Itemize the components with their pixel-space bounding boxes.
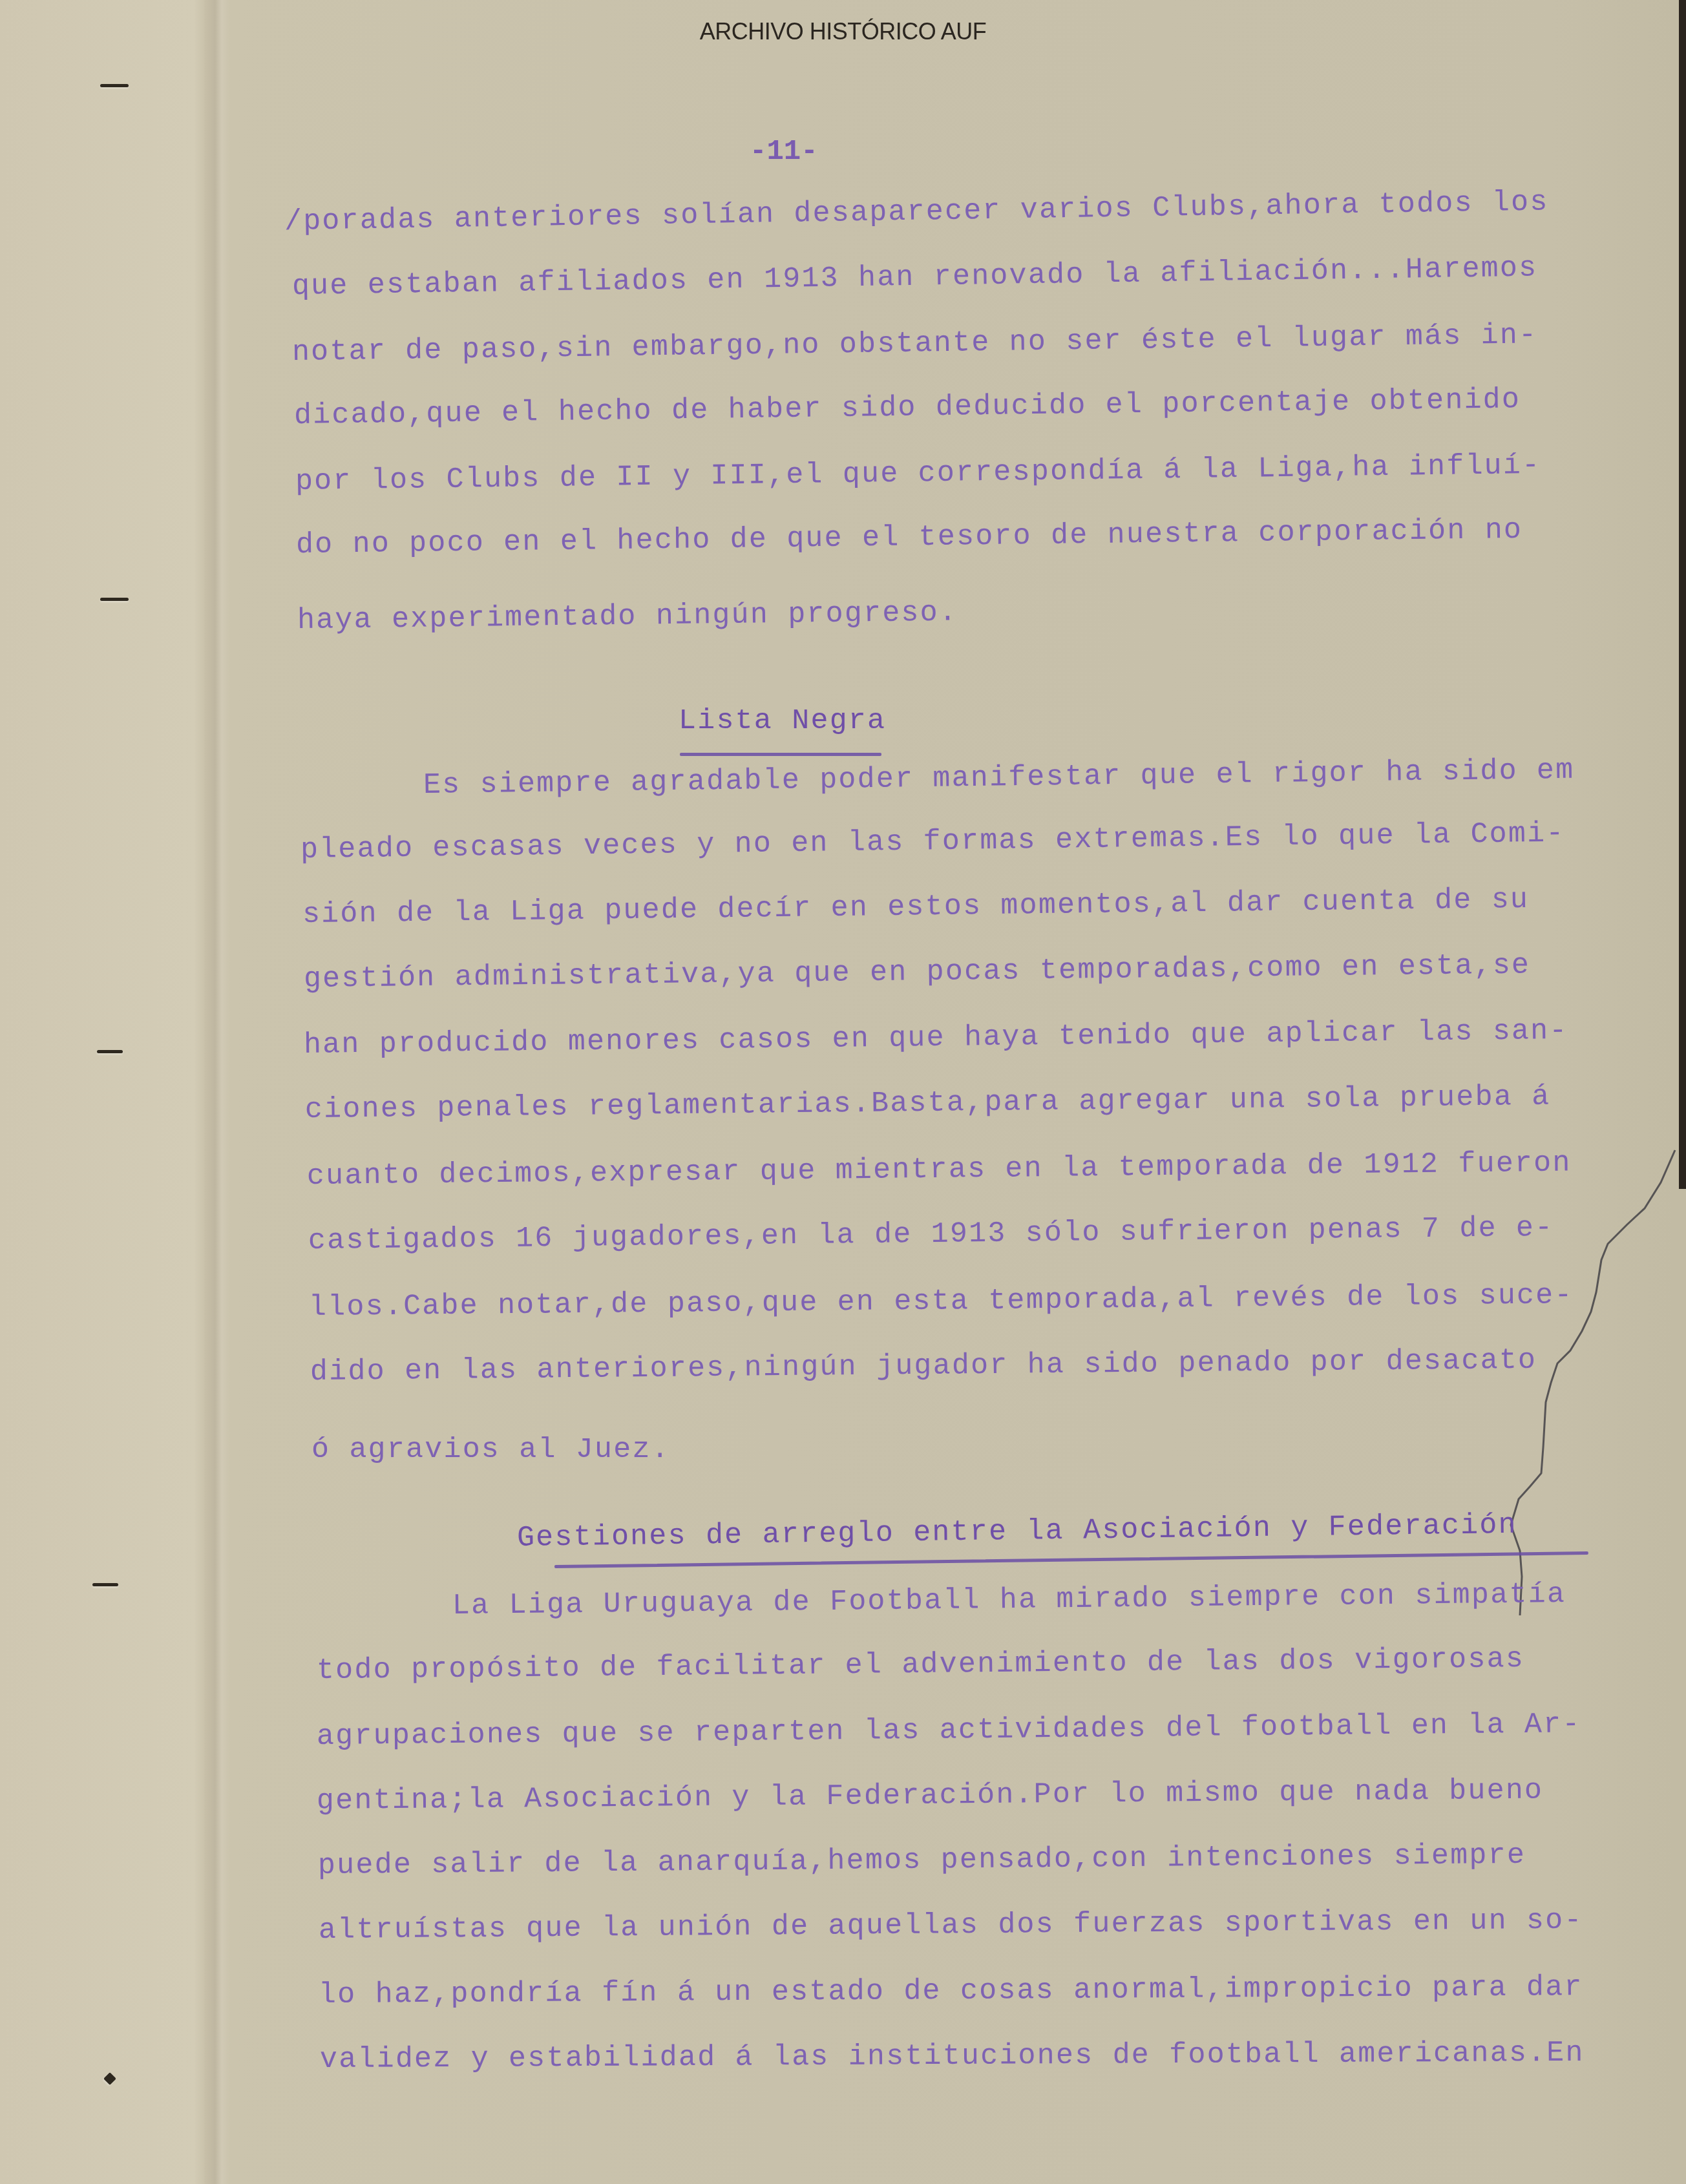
text-line: ó agravios al Juez.: [311, 1433, 670, 1466]
section-heading-lista-negra: Lista Negra: [679, 704, 886, 737]
page-number: -11-: [750, 136, 818, 168]
archive-header: ARCHIVO HISTÓRICO AUF: [0, 18, 1686, 45]
text-line: validez y estabilidad á las institucione…: [320, 2037, 1585, 2076]
heading-underline: [680, 753, 881, 756]
